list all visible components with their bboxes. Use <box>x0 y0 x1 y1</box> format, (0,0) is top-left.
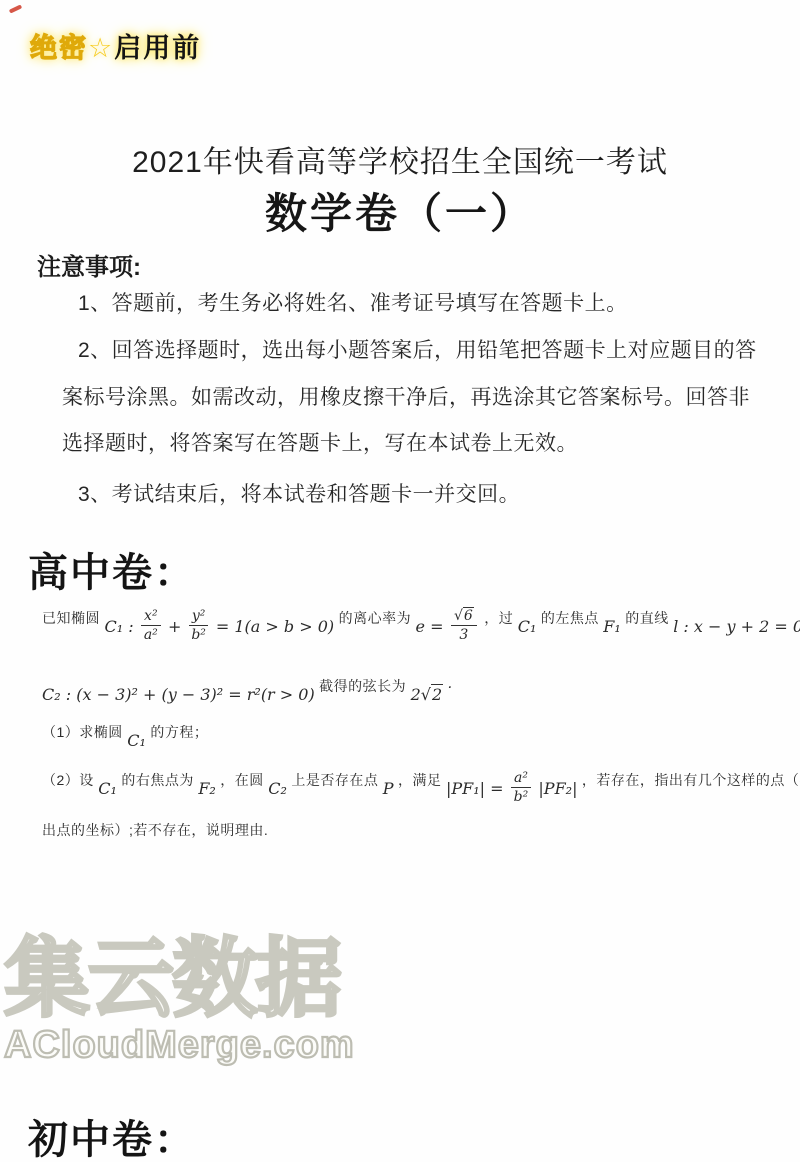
problem-text: （2）设 <box>42 772 94 788</box>
red-pen-mark <box>9 4 22 13</box>
problem-line-2: C₂ : (x − 3)² + (y − 3)² = r²(r > 0) 截得的… <box>42 676 452 704</box>
math-c2: C₂ <box>268 779 287 798</box>
problem-line-1: 已知椭圆 C₁ : x²a² + y²b² = 1(a > b > 0) 的离心… <box>42 608 790 643</box>
problem-question-2-continued: 出点的坐标）;若不存在，说明理由. <box>42 820 268 847</box>
math-fraction-sqrt6-3: √63 <box>451 608 477 643</box>
math-c1: C₁ <box>518 617 537 636</box>
math-plus: + <box>168 617 181 636</box>
fraction-denominator: b² <box>511 788 531 805</box>
problem-question-2: （2）设 C₁ 的右焦点为 F₂ ，在圆 C₂ 上是否存在点 P ，满足 |PF… <box>42 770 790 805</box>
problem-text: ，过 <box>484 610 513 626</box>
radical-sign: √ <box>421 685 431 704</box>
fraction-numerator: y² <box>189 608 209 626</box>
math-eccentricity: e = <box>416 617 444 636</box>
fraction-denominator: a² <box>141 626 161 643</box>
watermark: 集云数据 ACloudMerge.com <box>4 936 355 1064</box>
problem-text: 的直线 <box>625 610 669 626</box>
math-point-p: P <box>383 779 394 798</box>
radicand: 2 <box>431 684 443 704</box>
math-pf2: |PF₂| <box>538 779 577 798</box>
problem-text: （1）求椭圆 <box>42 724 123 740</box>
note-item-3: 3、考试结束后，将本试卷和答题卡一并交回。 <box>78 478 520 508</box>
math-chord-length: 2√2 <box>411 684 444 704</box>
before-use-label: 启用前 <box>114 33 201 63</box>
problem-text: 出点的坐标）;若不存在，说明理由. <box>42 822 268 838</box>
watermark-domain: ACloudMerge.com <box>4 1026 355 1064</box>
fraction-denominator: b² <box>189 626 209 643</box>
problem-text: 截得的弦长为 <box>319 678 406 694</box>
exam-title: 2021年快看高等学校招生全国统一考试 <box>0 137 800 181</box>
math-pf1-equals: |PF₁| = <box>446 779 504 798</box>
section-heading-junior-high: 初中卷： <box>28 1108 196 1162</box>
section-heading-high-school: 高中卷： <box>28 541 196 598</box>
coefficient: 2 <box>411 685 421 704</box>
note-item-2-line-1: 2、回答选择题时，选出每小题答案后，用铅笔把答题卡上对应题目的答 <box>78 334 757 364</box>
problem-text: ，若存在，指出有几个这样的点（不必求 <box>582 772 800 788</box>
math-ellipse-c1-label: C₁ : <box>104 617 133 636</box>
classification-badge: 绝密☆启用前 <box>30 26 201 65</box>
problem-text: 已知椭圆 <box>42 610 100 626</box>
note-item-2-line-3: 选择题时，将答案写在答题卡上，写在本试卷上无效。 <box>62 427 578 457</box>
math-c1: C₁ <box>127 731 146 750</box>
note-item-1: 1、答题前，考生务必将姓名、准考证号填写在答题卡上。 <box>78 287 628 317</box>
math-c1: C₁ <box>98 779 117 798</box>
notes-heading: 注意事项: <box>37 247 141 282</box>
problem-question-1: （1）求椭圆 C₁ 的方程； <box>42 722 208 750</box>
fraction-denominator: 3 <box>451 626 477 643</box>
problem-text: ，在圆 <box>220 772 264 788</box>
problem-text: 上是否存在点 <box>291 772 378 788</box>
secret-label: 绝密 <box>30 33 88 63</box>
note-item-2-line-2: 案标号涂黑。如需改动，用橡皮擦干净后，再选涂其它答案标号。回答非 <box>62 381 750 411</box>
period-mark: · <box>448 680 452 696</box>
math-line-equation: l : x − y + 2 = 0 <box>673 617 800 636</box>
fraction-numerator: x² <box>141 608 161 626</box>
problem-text: ，满足 <box>398 772 442 788</box>
problem-text: 的离心率为 <box>339 610 412 626</box>
star-icon: ☆ <box>88 33 114 63</box>
fraction-numerator: a² <box>511 770 531 788</box>
exam-subtitle: 数学卷（一） <box>0 181 800 241</box>
math-equation-condition: = 1(a > b > 0) <box>216 617 334 636</box>
math-fraction-y2b2: y²b² <box>189 608 209 643</box>
problem-text: 的右焦点为 <box>121 772 194 788</box>
problem-text: 的左焦点 <box>541 610 599 626</box>
radicand: 6 <box>463 607 474 624</box>
math-fraction-x2a2: x²a² <box>141 608 161 643</box>
fraction-numerator: √6 <box>451 608 477 626</box>
watermark-chinese: 集云数据 <box>4 936 355 1022</box>
math-f1: F₁ <box>603 617 621 636</box>
math-fraction-a2b2: a²b² <box>511 770 531 805</box>
math-f2: F₂ <box>198 779 216 798</box>
radical-sign: √ <box>454 608 463 624</box>
math-circle-c2-equation: C₂ : (x − 3)² + (y − 3)² = r²(r > 0) <box>42 685 315 704</box>
problem-text: 的方程； <box>150 724 208 740</box>
